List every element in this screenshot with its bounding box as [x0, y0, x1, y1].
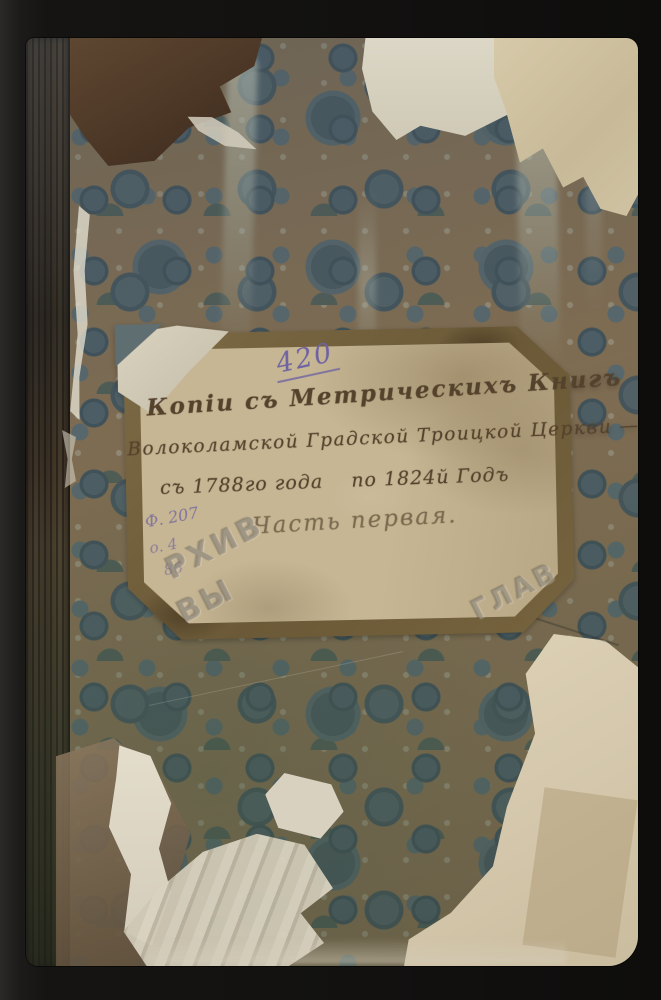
worn-bottom-edge [146, 938, 566, 964]
paper-stain [522, 788, 637, 959]
photo-backdrop: 420 Копіи съ Метрическихъ Книгъ Волокола… [0, 0, 661, 1000]
book-cover: 420 Копіи съ Метрическихъ Книгъ Волокола… [26, 38, 638, 966]
